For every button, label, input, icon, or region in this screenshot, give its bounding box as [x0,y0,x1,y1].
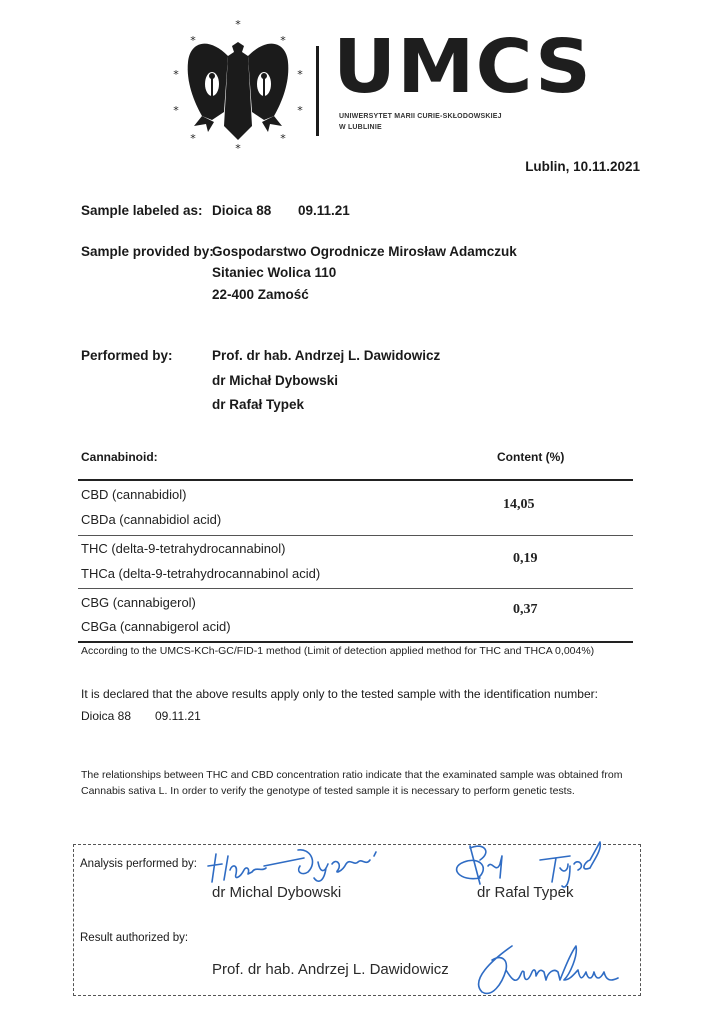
table-rule [78,535,633,536]
provider-label: Sample provided by: [81,244,214,259]
sample-label: Sample labeled as: [81,203,203,218]
compound-name: CBDa (cannabidiol acid) [81,512,221,527]
performer-name: dr Michał Dybowski [212,373,338,388]
svg-text:*: * [235,18,241,31]
eagle-emblem-icon: * ** ** ** ** * [168,16,308,152]
provider-line: Sitaniec Wolica 110 [212,265,336,280]
provider-line: 22-400 Zamość [212,287,309,302]
svg-text:*: * [280,132,286,145]
university-name-line1: UNIWERSYTET MARII CURIE-SKŁODOWSKIEJ [339,113,502,120]
signature-dybowski-icon [200,842,390,892]
svg-text:*: * [173,68,179,81]
declaration-sample-date: 09.11.21 [155,709,201,723]
compound-name: CBG (cannabigerol) [81,595,196,610]
table-rule [78,588,633,589]
svg-text:*: * [297,68,303,81]
signature-dawidowicz-icon [462,940,642,998]
svg-text:*: * [190,132,196,145]
content-value: 0,37 [513,602,538,618]
sample-name: Dioica 88 [212,203,271,218]
svg-text:*: * [297,104,303,117]
svg-text:*: * [190,34,196,47]
remark-line: The relationships between THC and CBD co… [81,769,622,781]
compound-name: CBGa (cannabigerol acid) [81,619,231,634]
performed-label: Performed by: [81,348,173,363]
compound-name: CBD (cannabidiol) [81,487,187,502]
compound-name: THCa (delta-9-tetrahydrocannabinol acid) [81,566,320,581]
table-header-content: Content (%) [497,450,564,464]
university-name-line2: W LUBLINIE [339,124,382,131]
declaration-sample-name: Dioica 88 [81,709,131,723]
performer-name: Prof. dr hab. Andrzej L. Dawidowicz [212,348,440,363]
provider-line: Gospodarstwo Ogrodnicze Mirosław Adamczu… [212,244,517,259]
svg-text:*: * [235,142,241,152]
authorizer-name: Prof. dr hab. Andrzej L. Dawidowicz [212,961,449,978]
sample-date: 09.11.21 [298,203,350,218]
content-value: 14,05 [503,497,535,513]
logo-divider [316,46,319,136]
table-header-cannabinoid: Cannabinoid: [81,450,158,464]
method-note: According to the UMCS-KCh-GC/FID-1 metho… [81,645,594,657]
compound-name: THC (delta-9-tetrahydrocannabinol) [81,541,285,556]
document-date: Lublin, 10.11.2021 [525,159,640,174]
content-value: 0,19 [513,551,538,567]
table-rule [78,641,633,643]
logo-wordmark: UMCS [333,30,592,104]
analysis-performed-label: Analysis performed by: [80,858,197,870]
signature-typek-icon [440,838,610,898]
svg-text:*: * [280,34,286,47]
remark-line: Cannabis sativa L. In order to verify th… [81,785,575,797]
authorized-label: Result authorized by: [80,932,188,944]
declaration-text: It is declared that the above results ap… [81,687,598,701]
svg-text:*: * [173,104,179,117]
table-rule [78,479,633,481]
performer-name: dr Rafał Typek [212,397,304,412]
